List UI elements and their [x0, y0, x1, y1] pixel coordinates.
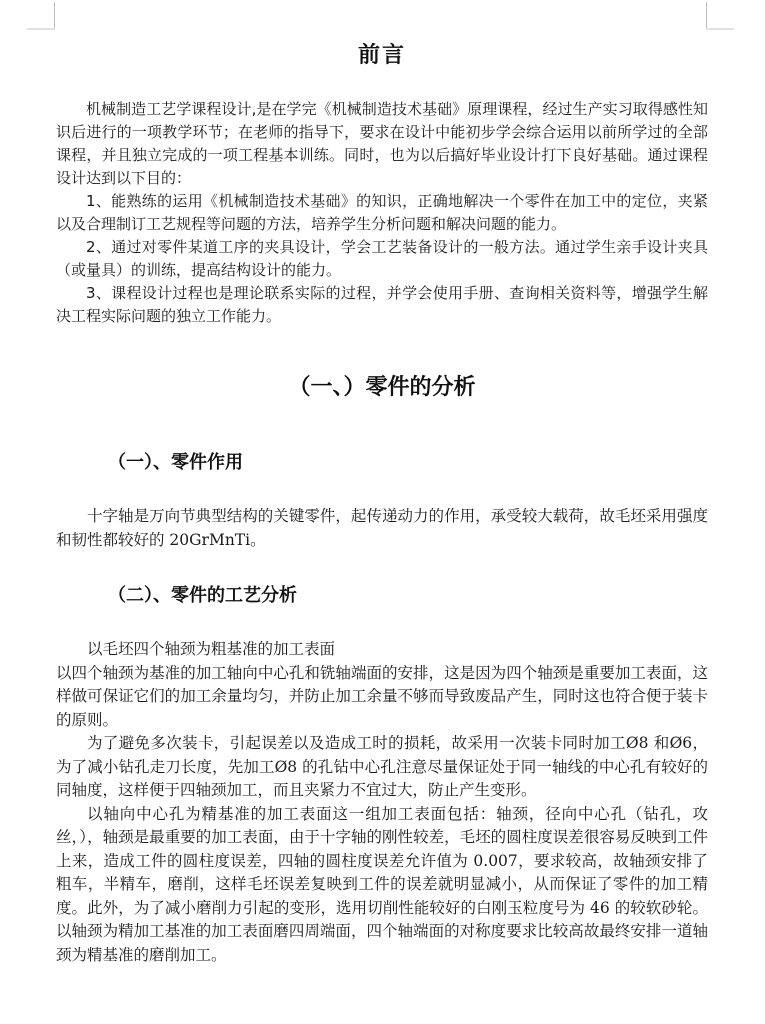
- section-heading-process-analysis: （二）、零件的工艺分析: [108, 581, 297, 607]
- corner-mark-vertical: [706, 2, 707, 29]
- corner-mark-horizontal: [27, 28, 55, 30]
- paragraph: 以四个轴颈为基准的加工轴向中心孔和铣轴端面的安排，这是因为四个轴颈是重要加工表面…: [56, 662, 708, 733]
- section-heading-part-function: （一）、零件作用: [108, 448, 243, 474]
- page-corner-mark-top-left: [27, 2, 55, 30]
- preface-paragraph-intro: 机械制造工艺学课程设计,是在学完《机械制造技术基础》原理课程，经过生产实习取得感…: [56, 98, 708, 190]
- subheading-rough-datum: 以毛坯四个轴颈为粗基准的加工表面: [56, 638, 708, 662]
- paragraph: 以轴向中心孔为精基准的加工表面这一组加工表面包括：轴颈，径向中心孔（钻孔，攻丝，…: [56, 803, 708, 968]
- corner-mark-vertical: [54, 2, 55, 29]
- section-body-part-function: 十字轴是万向节典型结构的关键零件，起传递动力的作用，承受较大载荷，故毛坯采用强度…: [56, 505, 708, 552]
- preface-goal-1: 1、能熟练的运用《机械制造技术基础》的知识，正确地解决一个零件在加工中的定位，夹…: [56, 190, 708, 236]
- preface-goal-2: 2、通过对零件某道工序的夹具设计，学会工艺装备设计的一般方法。通过学生亲手设计夹…: [56, 236, 708, 282]
- chapter-heading-part-analysis: （一、）零件的分析: [56, 370, 708, 401]
- preface-title: 前言: [56, 38, 708, 69]
- paragraph: 为了避免多次装卡，引起误差以及造成工时的损耗，故采用一次装卡同时加工Ø8 和Ø6…: [56, 732, 708, 803]
- section-body-process-analysis: 以毛坯四个轴颈为粗基准的加工表面 以四个轴颈为基准的加工轴向中心孔和铣轴端面的安…: [56, 638, 708, 967]
- preface-body: 机械制造工艺学课程设计,是在学完《机械制造技术基础》原理课程，经过生产实习取得感…: [56, 98, 708, 328]
- page-corner-mark-top-right: [706, 2, 734, 30]
- corner-mark-horizontal: [706, 28, 734, 30]
- paragraph: 十字轴是万向节典型结构的关键零件，起传递动力的作用，承受较大载荷，故毛坯采用强度…: [56, 505, 708, 552]
- preface-goal-3: 3、课程设计过程也是理论联系实际的过程，并学会使用手册、查询相关资料等，增强学生…: [56, 282, 708, 328]
